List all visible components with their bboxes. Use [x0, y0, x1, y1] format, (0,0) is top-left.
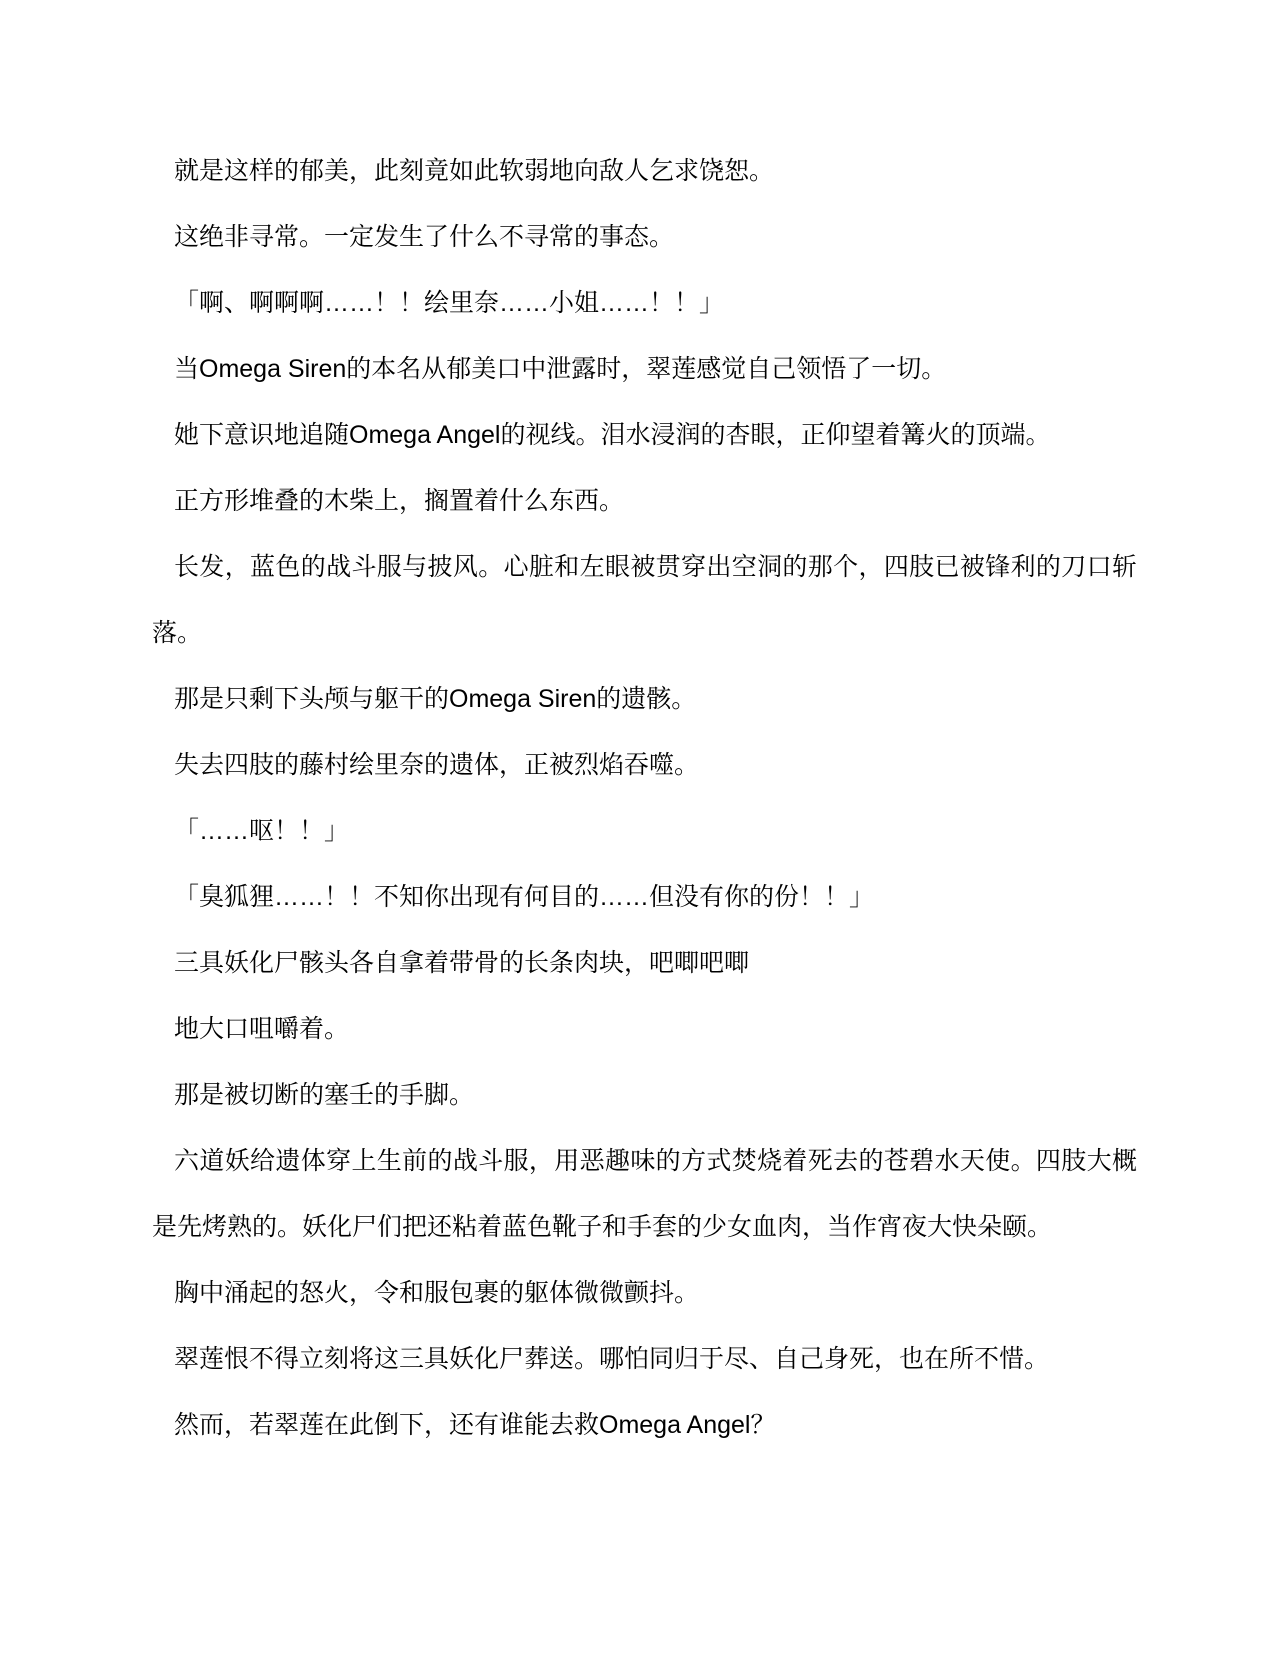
paragraph-3-dialogue: 「啊、啊啊啊……！！绘里奈……小姐……！！」 [152, 270, 1137, 336]
paragraph-11-dialogue: 「臭狐狸……！！不知你出现有何目的……但没有你的份！！」 [152, 864, 1137, 930]
paragraph-17: 翠莲恨不得立刻将这三具妖化尸葬送。哪怕同归于尽、自己身死，也在所不惜。 [152, 1326, 1137, 1392]
paragraph-18: 然而，若翠莲在此倒下，还有谁能去救Omega Angel？ [152, 1392, 1137, 1458]
paragraph-15: 六道妖给遗体穿上生前的战斗服，用恶趣味的方式焚烧着死去的苍碧水天使。四肢大概是先… [152, 1128, 1137, 1260]
paragraph-1: 就是这样的郁美，此刻竟如此软弱地向敌人乞求饶恕。 [152, 138, 1137, 204]
paragraph-16: 胸中涌起的怒火，令和服包裹的躯体微微颤抖。 [152, 1260, 1137, 1326]
paragraph-14: 那是被切断的塞壬的手脚。 [152, 1062, 1137, 1128]
paragraph-10-dialogue: 「……呕！！」 [152, 798, 1137, 864]
paragraph-4: 当Omega Siren的本名从郁美口中泄露时，翠莲感觉自己领悟了一切。 [152, 336, 1137, 402]
paragraph-12: 三具妖化尸骸头各自拿着带骨的长条肉块，吧唧吧唧 [152, 930, 1137, 996]
paragraph-2: 这绝非寻常。一定发生了什么不寻常的事态。 [152, 204, 1137, 270]
paragraph-8: 那是只剩下头颅与躯干的Omega Siren的遗骸。 [152, 666, 1137, 732]
paragraph-13: 地大口咀嚼着。 [152, 996, 1137, 1062]
paragraph-9: 失去四肢的藤村绘里奈的遗体，正被烈焰吞噬。 [152, 732, 1137, 798]
paragraph-6: 正方形堆叠的木柴上，搁置着什么东西。 [152, 468, 1137, 534]
paragraph-7: 长发，蓝色的战斗服与披风。心脏和左眼被贯穿出空洞的那个，四肢已被锋利的刀口斩落。 [152, 534, 1137, 666]
page-content: 就是这样的郁美，此刻竟如此软弱地向敌人乞求饶恕。 这绝非寻常。一定发生了什么不寻… [152, 138, 1137, 1458]
paragraph-5: 她下意识地追随Omega Angel的视线。泪水浸润的杏眼，正仰望着篝火的顶端。 [152, 402, 1137, 468]
novel-page: 就是这样的郁美，此刻竟如此软弱地向敌人乞求饶恕。 这绝非寻常。一定发生了什么不寻… [0, 0, 1280, 1656]
